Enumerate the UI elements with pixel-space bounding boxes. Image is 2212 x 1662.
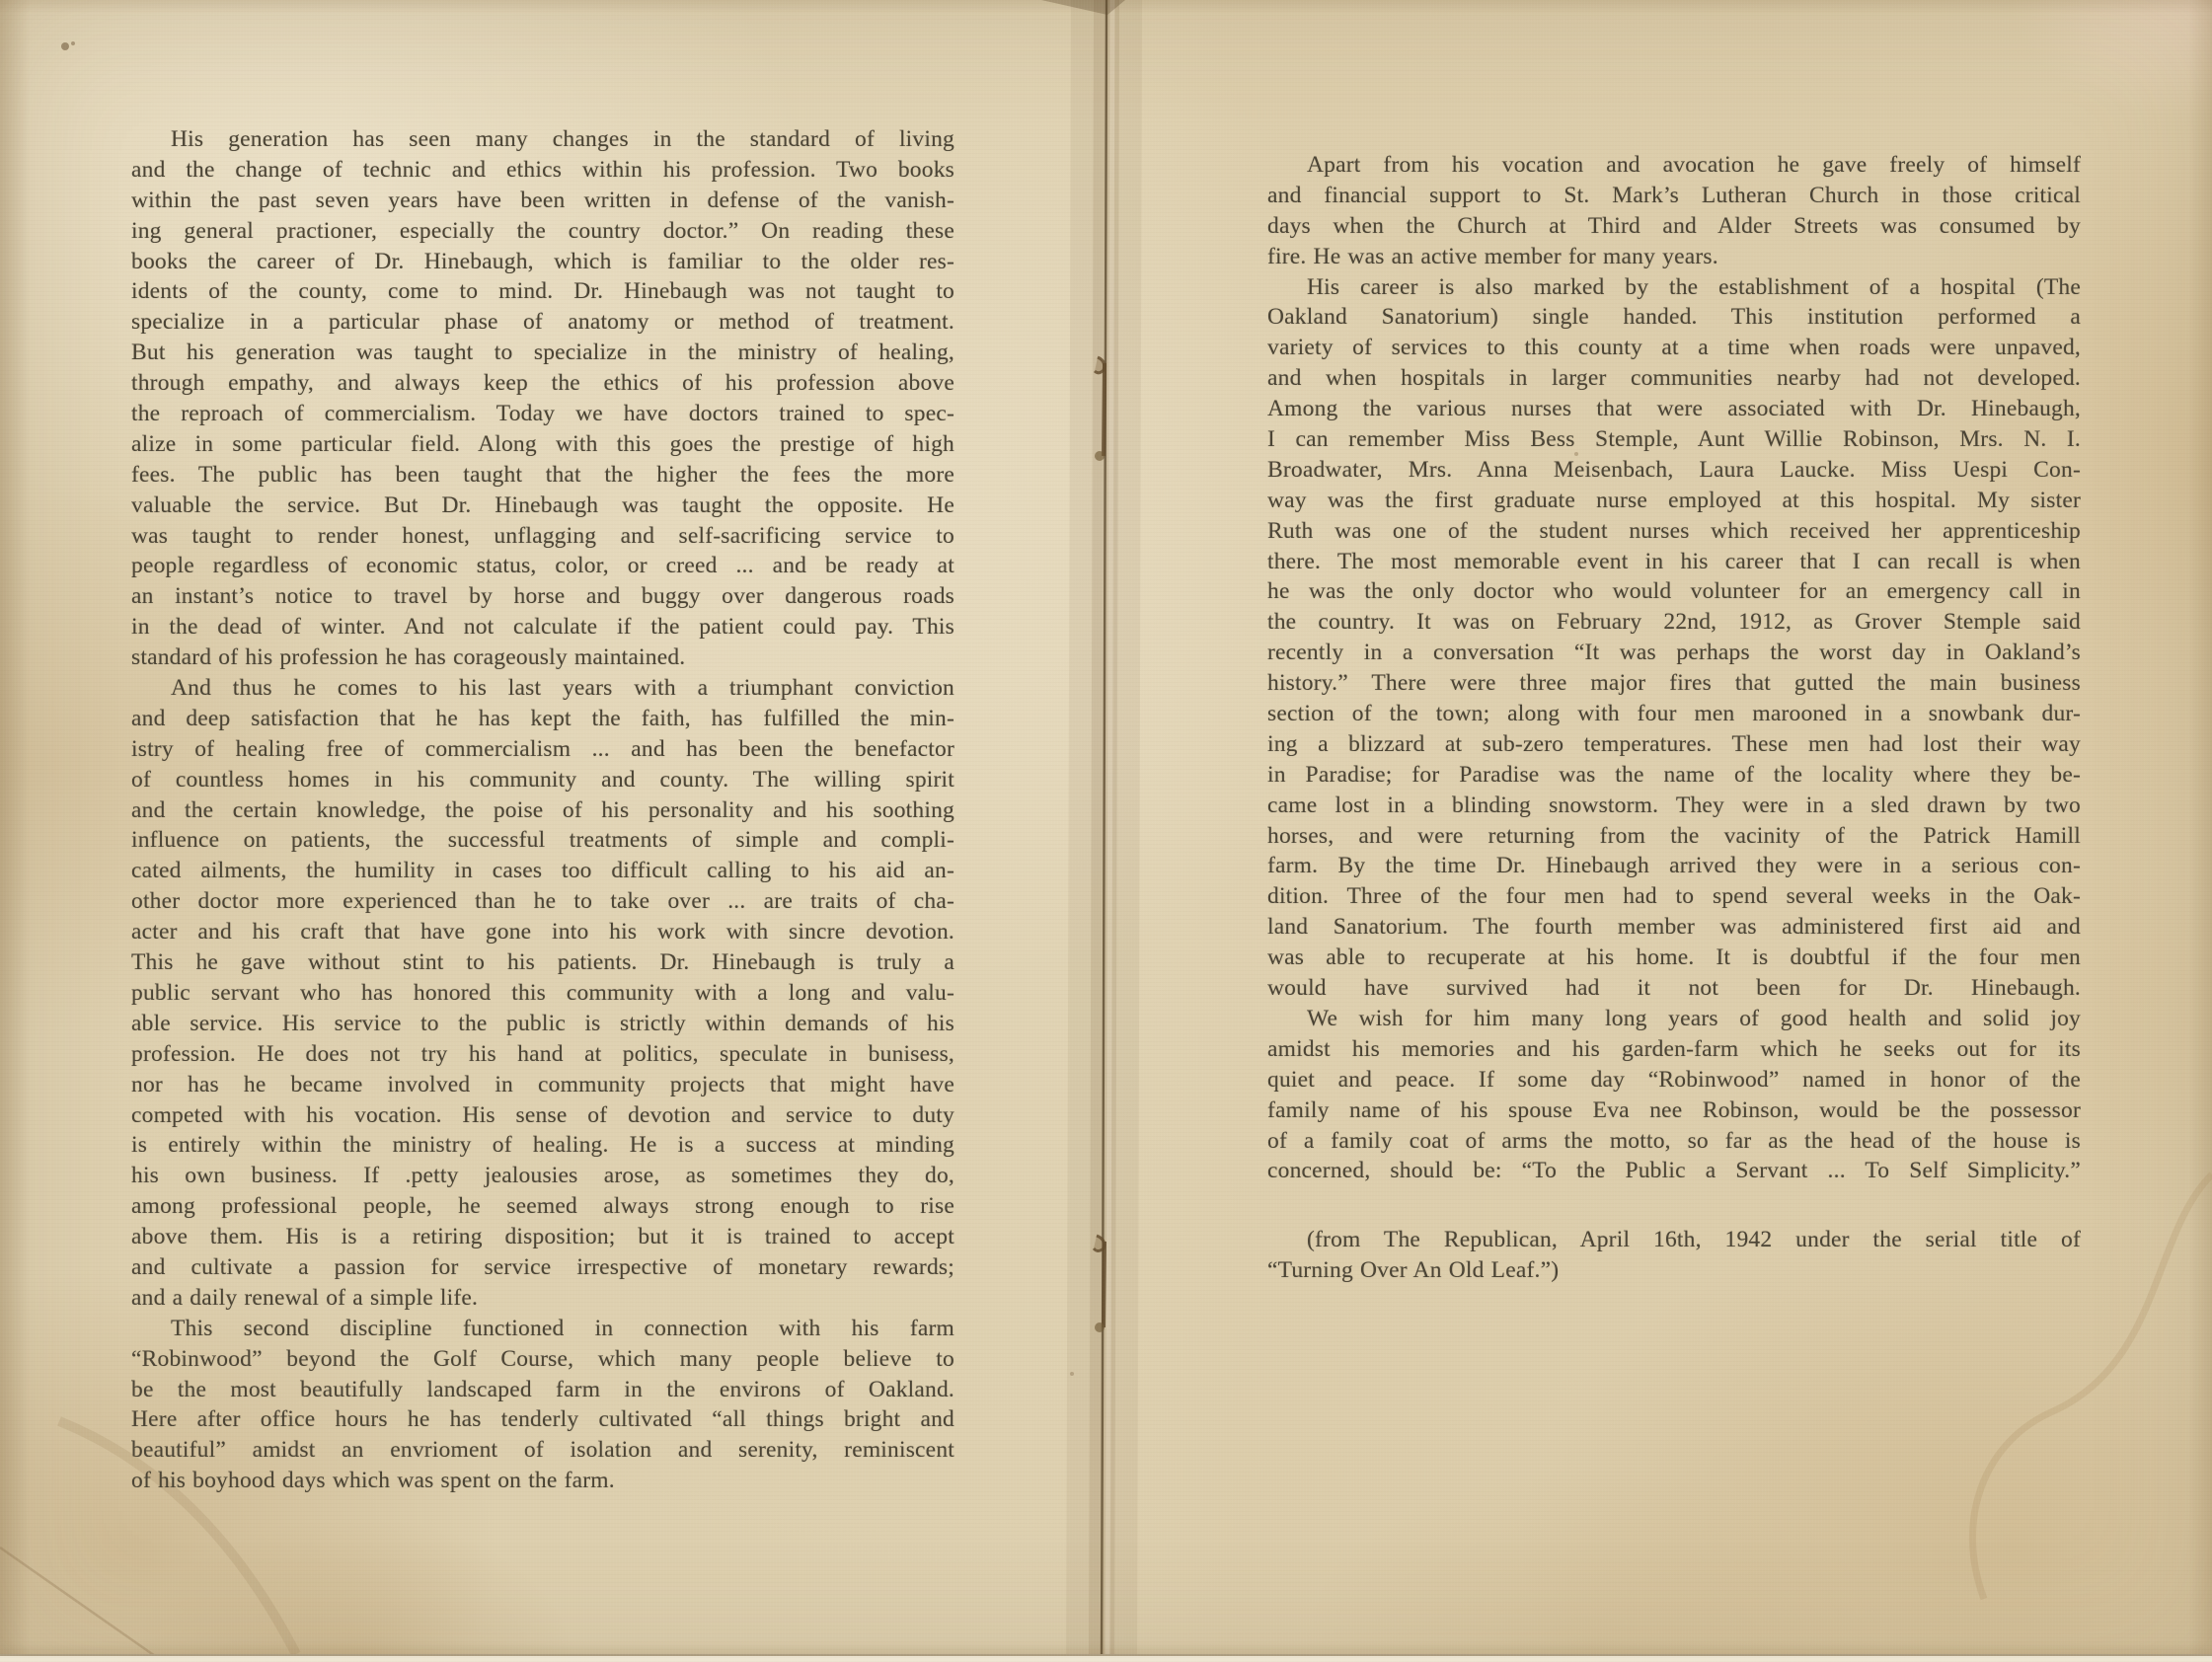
text-line: and deep satisfaction that he has kept t… xyxy=(131,704,954,734)
text-line: he was the only doctor who would volunte… xyxy=(1267,576,2081,607)
text-line: people regardless of economic status, co… xyxy=(131,551,954,581)
text-line: ing a blizzard at sub-zero temperatures.… xyxy=(1267,729,2081,760)
text-line: and cultivate a passion for service irre… xyxy=(131,1252,954,1283)
text-line: of his boyhood days which was spent on t… xyxy=(131,1466,954,1496)
text-line: nor has he became involved in community … xyxy=(131,1070,954,1100)
paragraph: Apart from his vocation and avocation he… xyxy=(1267,150,2081,272)
paragraph: And thus he comes to his last years with… xyxy=(131,673,954,1314)
foxing-speck xyxy=(61,42,69,50)
corner-fold-crease xyxy=(0,1548,158,1658)
text-line: able service. His service to the public … xyxy=(131,1009,954,1039)
text-line: His generation has seen many changes in … xyxy=(131,124,954,155)
text-line: his own business. If .petty jealousies a… xyxy=(131,1161,954,1191)
text-line: “Robinwood” beyond the Golf Course, whic… xyxy=(131,1344,954,1375)
text-line: I can remember Miss Bess Stemple, Aunt W… xyxy=(1267,424,2081,455)
text-line: quiet and peace. If some day “Robinwood”… xyxy=(1267,1065,2081,1095)
text-line: there. The most memorable event in his c… xyxy=(1267,547,2081,577)
text-line: is entirely within the ministry of heali… xyxy=(131,1130,954,1161)
text-line: the reproach of commercialism. Today we … xyxy=(131,399,954,429)
text-line: recently in a conversation “It was perha… xyxy=(1267,638,2081,668)
text-line: Oakland Sanatorium) single handed. This … xyxy=(1267,302,2081,333)
text-line: Ruth was one of the student nurses which… xyxy=(1267,516,2081,547)
text-line: concerned, should be: “To the Public a S… xyxy=(1267,1156,2081,1186)
text-line: land Sanatorium. The fourth member was a… xyxy=(1267,912,2081,943)
left-page-text: His generation has seen many changes in … xyxy=(131,124,954,1496)
text-line: valuable the service. But Dr. Hinebaugh … xyxy=(131,491,954,521)
paragraph: We wish for him many long years of good … xyxy=(1267,1004,2081,1186)
binding-thread-lower xyxy=(1104,1242,1105,1327)
page-bottom-edge xyxy=(0,1654,2212,1662)
text-line: section of the town; along with four men… xyxy=(1267,699,2081,729)
foxing-speck xyxy=(71,41,75,45)
text-line: was taught to render honest, unflagging … xyxy=(131,521,954,552)
binding-thread-upper xyxy=(1104,363,1105,456)
text-line: family name of his spouse Eva nee Robins… xyxy=(1267,1095,2081,1126)
text-line: books the career of Dr. Hinebaugh, which… xyxy=(131,247,954,277)
text-line: an instant’s notice to travel by horse a… xyxy=(131,581,954,612)
text-line: Among the various nurses that were assoc… xyxy=(1267,394,2081,424)
text-line: days when the Church at Third and Alder … xyxy=(1267,211,2081,242)
text-line: (from The Republican, April 16th, 1942 u… xyxy=(1267,1225,2081,1255)
text-line: among professional people, he seemed alw… xyxy=(131,1191,954,1222)
text-line: the country. It was on February 22nd, 19… xyxy=(1267,607,2081,638)
right-page-text: Apart from his vocation and avocation he… xyxy=(1267,150,2081,1286)
text-line: in the dead of winter. And not calculate… xyxy=(131,612,954,642)
text-line: beautiful” amidst an envrioment of isola… xyxy=(131,1435,954,1466)
text-line: competed with his vocation. His sense of… xyxy=(131,1100,954,1131)
text-line: came lost in a blinding snowstorm. They … xyxy=(1267,791,2081,821)
text-line: of a family coat of arms the motto, so f… xyxy=(1267,1126,2081,1157)
text-line: fire. He was an active member for many y… xyxy=(1267,242,2081,272)
text-line: history.” There were three major fires t… xyxy=(1267,668,2081,699)
text-line: in Paradise; for Paradise was the name o… xyxy=(1267,760,2081,791)
text-line: dition. Three of the four men had to spe… xyxy=(1267,881,2081,912)
text-line: farm. By the time Dr. Hinebaugh arrived … xyxy=(1267,851,2081,881)
text-line: and the certain knowledge, the poise of … xyxy=(131,795,954,826)
text-line: amidst his memories and his garden-farm … xyxy=(1267,1034,2081,1065)
text-line: specialize in a particular phase of anat… xyxy=(131,307,954,338)
text-line: This second discipline functioned in con… xyxy=(131,1314,954,1344)
text-line: ing general practioner, especially the c… xyxy=(131,216,954,247)
paragraph: His career is also marked by the establi… xyxy=(1267,272,2081,1004)
text-line: His career is also marked by the establi… xyxy=(1267,272,2081,303)
text-line: would have survived had it not been for … xyxy=(1267,973,2081,1004)
text-line: influence on patients, the successful tr… xyxy=(131,825,954,856)
text-line: other doctor more experienced than he to… xyxy=(131,886,954,917)
text-line: through empathy, and always keep the eth… xyxy=(131,368,954,399)
text-line: way was the first graduate nurse employe… xyxy=(1267,486,2081,516)
text-line: profession. He does not try his hand at … xyxy=(131,1039,954,1070)
scanned-spread: His generation has seen many changes in … xyxy=(0,0,2212,1662)
text-line: Broadwater, Mrs. Anna Meisenbach, Laura … xyxy=(1267,455,2081,486)
binding-stitch-knot xyxy=(1095,451,1105,461)
text-line: fees. The public has been taught that th… xyxy=(131,460,954,491)
text-line: standard of his profession he has corage… xyxy=(131,642,954,673)
text-line: public servant who has honored this comm… xyxy=(131,978,954,1009)
text-line: and a daily renewal of a simple life. xyxy=(131,1283,954,1314)
paragraph: His generation has seen many changes in … xyxy=(131,124,954,673)
text-line: within the past seven years have been wr… xyxy=(131,186,954,216)
text-line: alize in some particular field. Along wi… xyxy=(131,429,954,460)
text-line: above them. His is a retiring dispositio… xyxy=(131,1222,954,1252)
text-line: “Turning Over An Old Leaf.”) xyxy=(1267,1255,2081,1286)
text-line: We wish for him many long years of good … xyxy=(1267,1004,2081,1034)
paragraph: This second discipline functioned in con… xyxy=(131,1314,954,1496)
text-line: Here after office hours he has tenderly … xyxy=(131,1404,954,1435)
text-line: of countless homes in his community and … xyxy=(131,765,954,795)
text-line: acter and his craft that have gone into … xyxy=(131,917,954,947)
text-line: horses, and were returning from the vaci… xyxy=(1267,821,2081,852)
text-line: and when hospitals in larger communities… xyxy=(1267,363,2081,394)
text-line: This he gave without stint to his patien… xyxy=(131,947,954,978)
text-line: variety of services to this county at a … xyxy=(1267,333,2081,363)
text-line: idents of the county, come to mind. Dr. … xyxy=(131,276,954,307)
text-line: be the most beautifully landscaped farm … xyxy=(131,1375,954,1405)
text-line: was able to recuperate at his home. It i… xyxy=(1267,943,2081,973)
foxing-speck xyxy=(1070,1372,1074,1376)
text-line: cated ailments, the humility in cases to… xyxy=(131,856,954,886)
text-line: And thus he comes to his last years with… xyxy=(131,673,954,704)
binding-stitch-knot xyxy=(1095,1322,1105,1332)
text-line: and financial support to St. Mark’s Luth… xyxy=(1267,181,2081,211)
attribution: (from The Republican, April 16th, 1942 u… xyxy=(1267,1225,2081,1286)
text-line: Apart from his vocation and avocation he… xyxy=(1267,150,2081,181)
text-line: and the change of technic and ethics wit… xyxy=(131,155,954,186)
text-line: istry of healing free of commercialism .… xyxy=(131,734,954,765)
text-line: But his generation was taught to special… xyxy=(131,338,954,368)
